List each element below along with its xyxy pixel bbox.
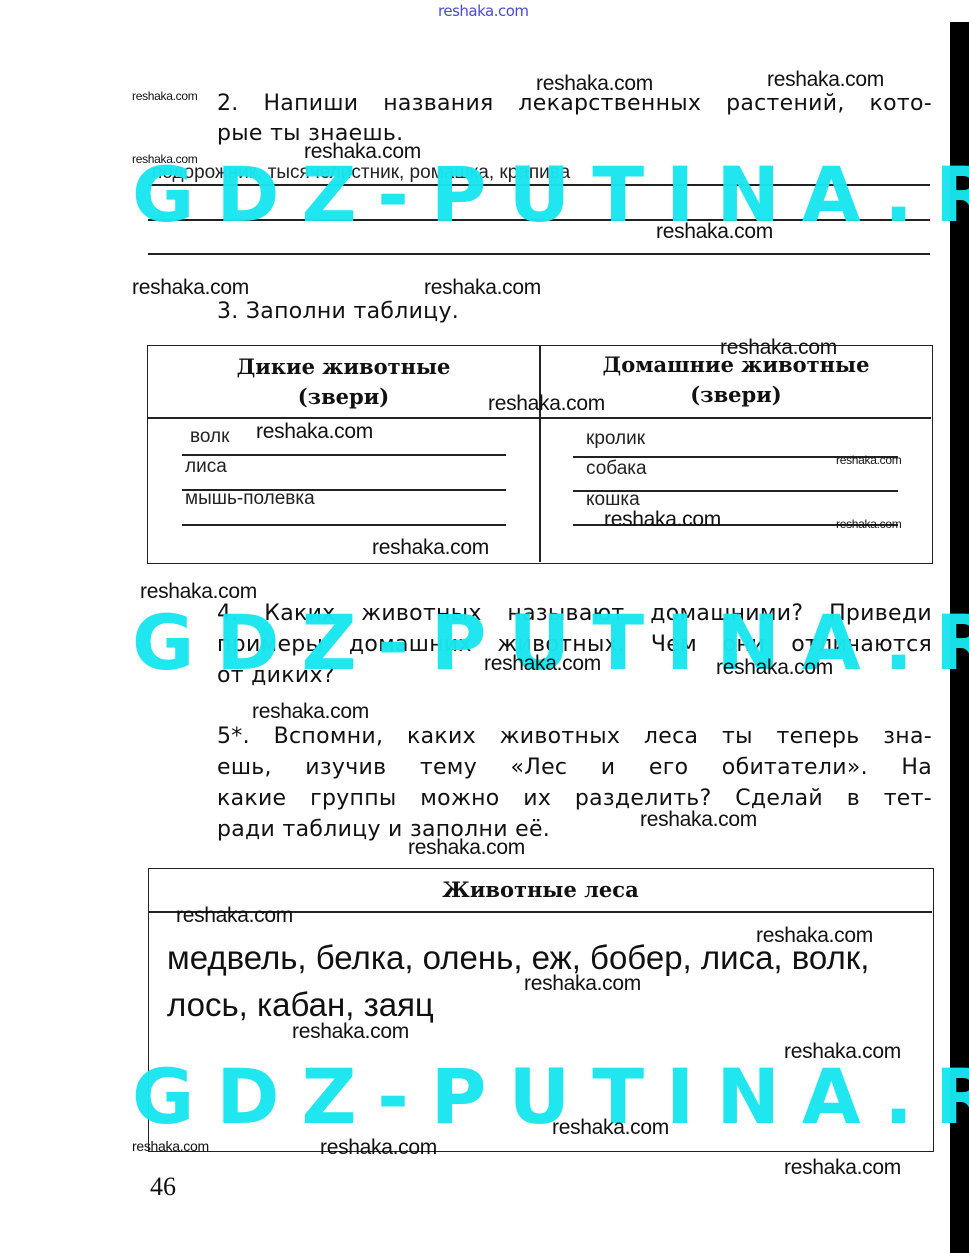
site-watermark: reshaka.com bbox=[132, 276, 249, 300]
task5-line2: ешь, изучив тему «Лес и его обитатели». … bbox=[217, 752, 932, 783]
site-watermark: reshaka.com bbox=[552, 1116, 669, 1140]
site-watermark: reshaka.com bbox=[640, 808, 757, 832]
site-watermark: reshaka.com bbox=[372, 536, 489, 560]
banner-watermark: GDZ-PUTINA.RU bbox=[132, 1052, 969, 1141]
site-watermark: reshaka.com bbox=[320, 1136, 437, 1160]
site-watermark: reshaka.com bbox=[784, 1040, 901, 1064]
answer-line bbox=[148, 253, 930, 255]
site-watermark: reshaka.com bbox=[716, 656, 833, 680]
site-watermark: reshaka.com bbox=[756, 924, 873, 948]
site-watermark: reshaka.com bbox=[132, 89, 197, 103]
site-watermark: reshaka.com bbox=[140, 580, 257, 604]
site-watermark: reshaka.com bbox=[252, 700, 369, 724]
site-watermark: reshaka.com bbox=[176, 904, 293, 928]
site-watermark: reshaka.com bbox=[132, 1138, 209, 1154]
site-watermark: reshaka.com bbox=[256, 420, 373, 444]
header-wild-line2: (звери) bbox=[148, 382, 539, 412]
site-watermark: reshaka.com bbox=[484, 652, 601, 676]
answer-line bbox=[182, 454, 506, 456]
site-watermark: reshaka.com bbox=[836, 517, 901, 531]
site-watermark: reshaka.com bbox=[424, 276, 541, 300]
site-watermark: reshaka.com bbox=[132, 152, 197, 166]
forest-table-header: Животные леса bbox=[149, 873, 932, 907]
site-watermark: reshaka.com bbox=[488, 392, 605, 416]
site-watermark: reshaka.com bbox=[656, 220, 773, 244]
site-watermark: reshaka.com bbox=[536, 72, 653, 96]
site-watermark: reshaka.com bbox=[767, 68, 884, 92]
domestic-item: собака bbox=[586, 458, 647, 480]
site-watermark: reshaka.com bbox=[524, 972, 641, 996]
site-watermark: reshaka.com bbox=[720, 336, 837, 360]
table-header-rule bbox=[148, 417, 931, 419]
answer-line bbox=[182, 524, 506, 526]
page-number: 46 bbox=[150, 1172, 176, 1202]
site-watermark: reshaka.com bbox=[304, 140, 421, 164]
task5-line1: 5*. Вспомни, каких животных леса ты тепе… bbox=[217, 721, 932, 752]
wild-item: мышь-полевка bbox=[185, 488, 315, 510]
wild-item: лиса bbox=[185, 456, 227, 478]
header-wild: Дикие животные (звери) bbox=[148, 352, 539, 412]
animals-table: Дикие животные (звери) Домашние животные… bbox=[147, 345, 933, 564]
banner-watermark: GDZ-PUTINA.RU bbox=[132, 150, 969, 239]
task5-line3: какие группы можно их разделить? Сделай … bbox=[217, 783, 932, 814]
site-watermark: reshaka.com bbox=[836, 453, 901, 467]
site-watermark: reshaka.com bbox=[292, 1020, 409, 1044]
wild-item: волк bbox=[190, 426, 229, 448]
top-watermark: reshaka.com bbox=[438, 2, 529, 20]
header-wild-line1: Дикие животные bbox=[148, 352, 539, 382]
site-watermark: reshaka.com bbox=[784, 1156, 901, 1180]
domestic-item: кролик bbox=[586, 428, 645, 450]
site-watermark: reshaka.com bbox=[604, 508, 721, 532]
site-watermark: reshaka.com bbox=[408, 836, 525, 860]
task3-text: 3. Заполни таблицу. bbox=[217, 296, 459, 327]
